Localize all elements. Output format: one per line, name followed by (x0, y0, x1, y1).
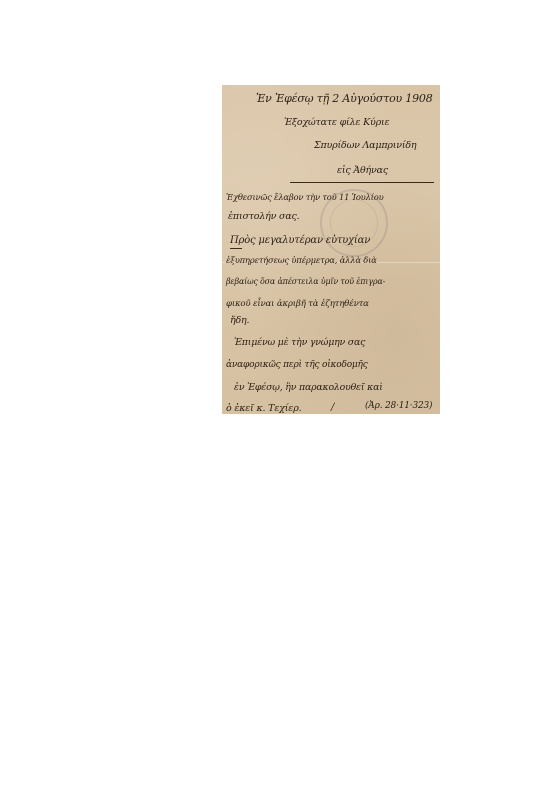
body-line: Ἐχθεσινῶς ἔλαβον τὴν τοῦ 11 Ἰουλίου (226, 192, 384, 202)
header-divider (290, 182, 434, 183)
body-line: Πρὸς μεγαλυτέραν εὐτυχίαν (230, 235, 370, 246)
body-line: ὁ ἐκεῖ κ. Τεχίερ. (226, 403, 301, 414)
body-line: ἀναφορικῶς περὶ τῆς οἰκοδομῆς (226, 360, 368, 370)
body-line: βεβαίως ὅσα ἀπέστειλα ὑμῖν τοῦ ἐπιγρα- (226, 277, 385, 286)
body-line: φικοῦ εἶναι ἀκριβῆ τὰ ἐζητηθέντα (226, 299, 369, 309)
salutation-line-2: Σπυρίδων Λαμπρινίδη (314, 140, 416, 151)
body-line: Ἐπιμένω μὲ τὴν γνώμην σας (234, 337, 365, 348)
handwritten-letter: Ἐν Ἐφέσῳ τῇ 2 Αὐγούστου 1908 Ἐξοχώτατε φ… (222, 85, 440, 414)
date-line: Ἐν Ἐφέσῳ τῇ 2 Αὐγούστου 1908 (256, 92, 433, 105)
body-line: ἐξυπηρετήσεως ὑπέρμετρα, ἀλλὰ διὰ (226, 255, 377, 265)
body-line: ἐν Ἐφέσῳ, ἣν παρακολουθεῖ καὶ (234, 382, 383, 393)
line-underline (230, 248, 242, 249)
footer-mark: / (331, 402, 334, 413)
salutation-line-3: εἰς Ἀθήνας (337, 165, 388, 176)
page-background: Ἐν Ἐφέσῳ τῇ 2 Αὐγούστου 1908 Ἐξοχώτατε φ… (0, 0, 549, 800)
salutation-line-1: Ἐξοχώτατε φίλε Κύριε (284, 117, 389, 128)
body-line: ἤδη. (230, 315, 249, 326)
body-line: ἐπιστολήν σας. (228, 211, 299, 222)
archive-reference-note: (Ἀρ. 28·11·323) (365, 401, 432, 411)
